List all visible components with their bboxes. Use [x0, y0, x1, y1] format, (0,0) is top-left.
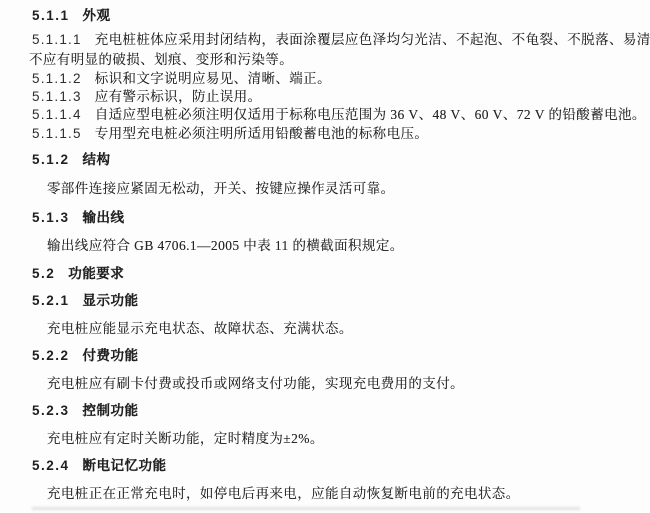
clause-text: 专用型充电桩必须注明所适用铅酸蓄电池的标称电压。	[95, 126, 429, 141]
paragraph-text: 充电桩应能显示充电状态、故障状态、充满状态。	[47, 321, 353, 336]
section-heading-5-2-2: 5.2.2付费功能	[32, 348, 139, 363]
section-title: 断电记忆功能	[83, 458, 167, 473]
clause-number: 5.1.1.5	[32, 126, 82, 141]
scan-shadow-artifact	[32, 507, 580, 510]
clause-5-1-1-4: 5.1.1.4自适应型电桩必须注明仅适用于标称电压范围为 36 V、48 V、6…	[32, 107, 646, 122]
clause-number: 5.2.4	[32, 458, 70, 473]
clause-5-1-1-1-line-2: 不应有明显的破损、划痕、变形和污染等。	[29, 52, 293, 67]
clause-number: 5.2.1	[32, 293, 70, 308]
section-heading-5-2-3: 5.2.3控制功能	[32, 403, 139, 418]
paragraph-output-line: 输出线应符合 GB 4706.1—2005 中表 11 的横截面积规定。	[47, 238, 404, 253]
paragraph-text: 充电桩应有刷卡付费或投币或网络支付功能，实现充电费用的支付。	[47, 376, 464, 391]
clause-number: 5.2	[32, 266, 55, 281]
paragraph-display-function: 充电桩应能显示充电状态、故障状态、充满状态。	[47, 321, 353, 336]
paragraph-payment-function: 充电桩应有刷卡付费或投币或网络支付功能，实现充电费用的支付。	[47, 376, 464, 391]
section-heading-5-1-1: 5.1.1外观	[32, 8, 111, 23]
paragraph-structure: 零部件连接应紧固无松动，开关、按键应操作灵活可靠。	[47, 181, 395, 196]
clause-number: 5.1.1.1	[32, 32, 82, 47]
clause-5-1-1-2: 5.1.1.2标识和文字说明应易见、清晰、端正。	[32, 71, 331, 86]
clause-text: 自适应型电桩必须注明仅适用于标称电压范围为 36 V、48 V、60 V、72 …	[95, 107, 646, 122]
clause-5-1-1-3: 5.1.1.3应有警示标识，防止误用。	[32, 89, 262, 104]
clause-text: 不应有明显的破损、划痕、变形和污染等。	[29, 52, 293, 67]
section-title: 付费功能	[83, 348, 139, 363]
paragraph-text: 输出线应符合 GB 4706.1—2005 中表 11 的横截面积规定。	[47, 238, 404, 253]
section-title: 显示功能	[83, 293, 139, 308]
section-title: 控制功能	[83, 403, 139, 418]
clause-number: 5.2.2	[32, 348, 70, 363]
clause-5-1-1-1-line-1: 5.1.1.1充电桩桩体应采用封闭结构，表面涂覆层应色泽均匀光洁、不起泡、不龟裂…	[32, 32, 650, 47]
clause-text: 应有警示标识，防止误用。	[95, 89, 262, 104]
section-heading-5-2-1: 5.2.1显示功能	[32, 293, 139, 308]
paragraph-text: 零部件连接应紧固无松动，开关、按键应操作灵活可靠。	[47, 181, 395, 196]
clause-text: 标识和文字说明应易见、清晰、端正。	[95, 71, 331, 86]
clause-number: 5.1.1.4	[32, 107, 82, 122]
clause-5-1-1-5: 5.1.1.5专用型充电桩必须注明所适用铅酸蓄电池的标称电压。	[32, 126, 428, 141]
section-title: 外观	[83, 8, 111, 23]
clause-text: 充电桩桩体应采用封闭结构，表面涂覆层应色泽均匀光洁、不起泡、不龟裂、不脱落、易清…	[95, 32, 650, 47]
clause-number: 5.1.1.2	[32, 71, 82, 86]
section-heading-5-1-3: 5.1.3输出线	[32, 210, 125, 225]
clause-number: 5.2.3	[32, 403, 70, 418]
clause-number: 5.1.1.3	[32, 89, 82, 104]
clause-number: 5.1.3	[32, 210, 70, 225]
paragraph-text: 充电桩应有定时关断功能，定时精度为±2%。	[47, 431, 324, 446]
section-heading-5-2: 5.2功能要求	[32, 266, 124, 281]
section-heading-5-1-2: 5.1.2结构	[32, 152, 111, 167]
section-title: 功能要求	[68, 266, 124, 281]
clause-number: 5.1.1	[32, 8, 70, 23]
section-title: 输出线	[83, 210, 125, 225]
clause-number: 5.1.2	[32, 152, 70, 167]
section-heading-5-2-4: 5.2.4断电记忆功能	[32, 458, 167, 473]
paragraph-text: 充电桩正在正常充电时，如停电后再来电，应能自动恢复断电前的充电状态。	[47, 486, 520, 501]
paragraph-power-off-memory: 充电桩正在正常充电时，如停电后再来电，应能自动恢复断电前的充电状态。	[47, 486, 520, 501]
document-page: 5.1.1外观 5.1.1.1充电桩桩体应采用封闭结构，表面涂覆层应色泽均匀光洁…	[0, 0, 650, 513]
paragraph-control-function: 充电桩应有定时关断功能，定时精度为±2%。	[47, 431, 324, 446]
section-title: 结构	[83, 152, 111, 167]
